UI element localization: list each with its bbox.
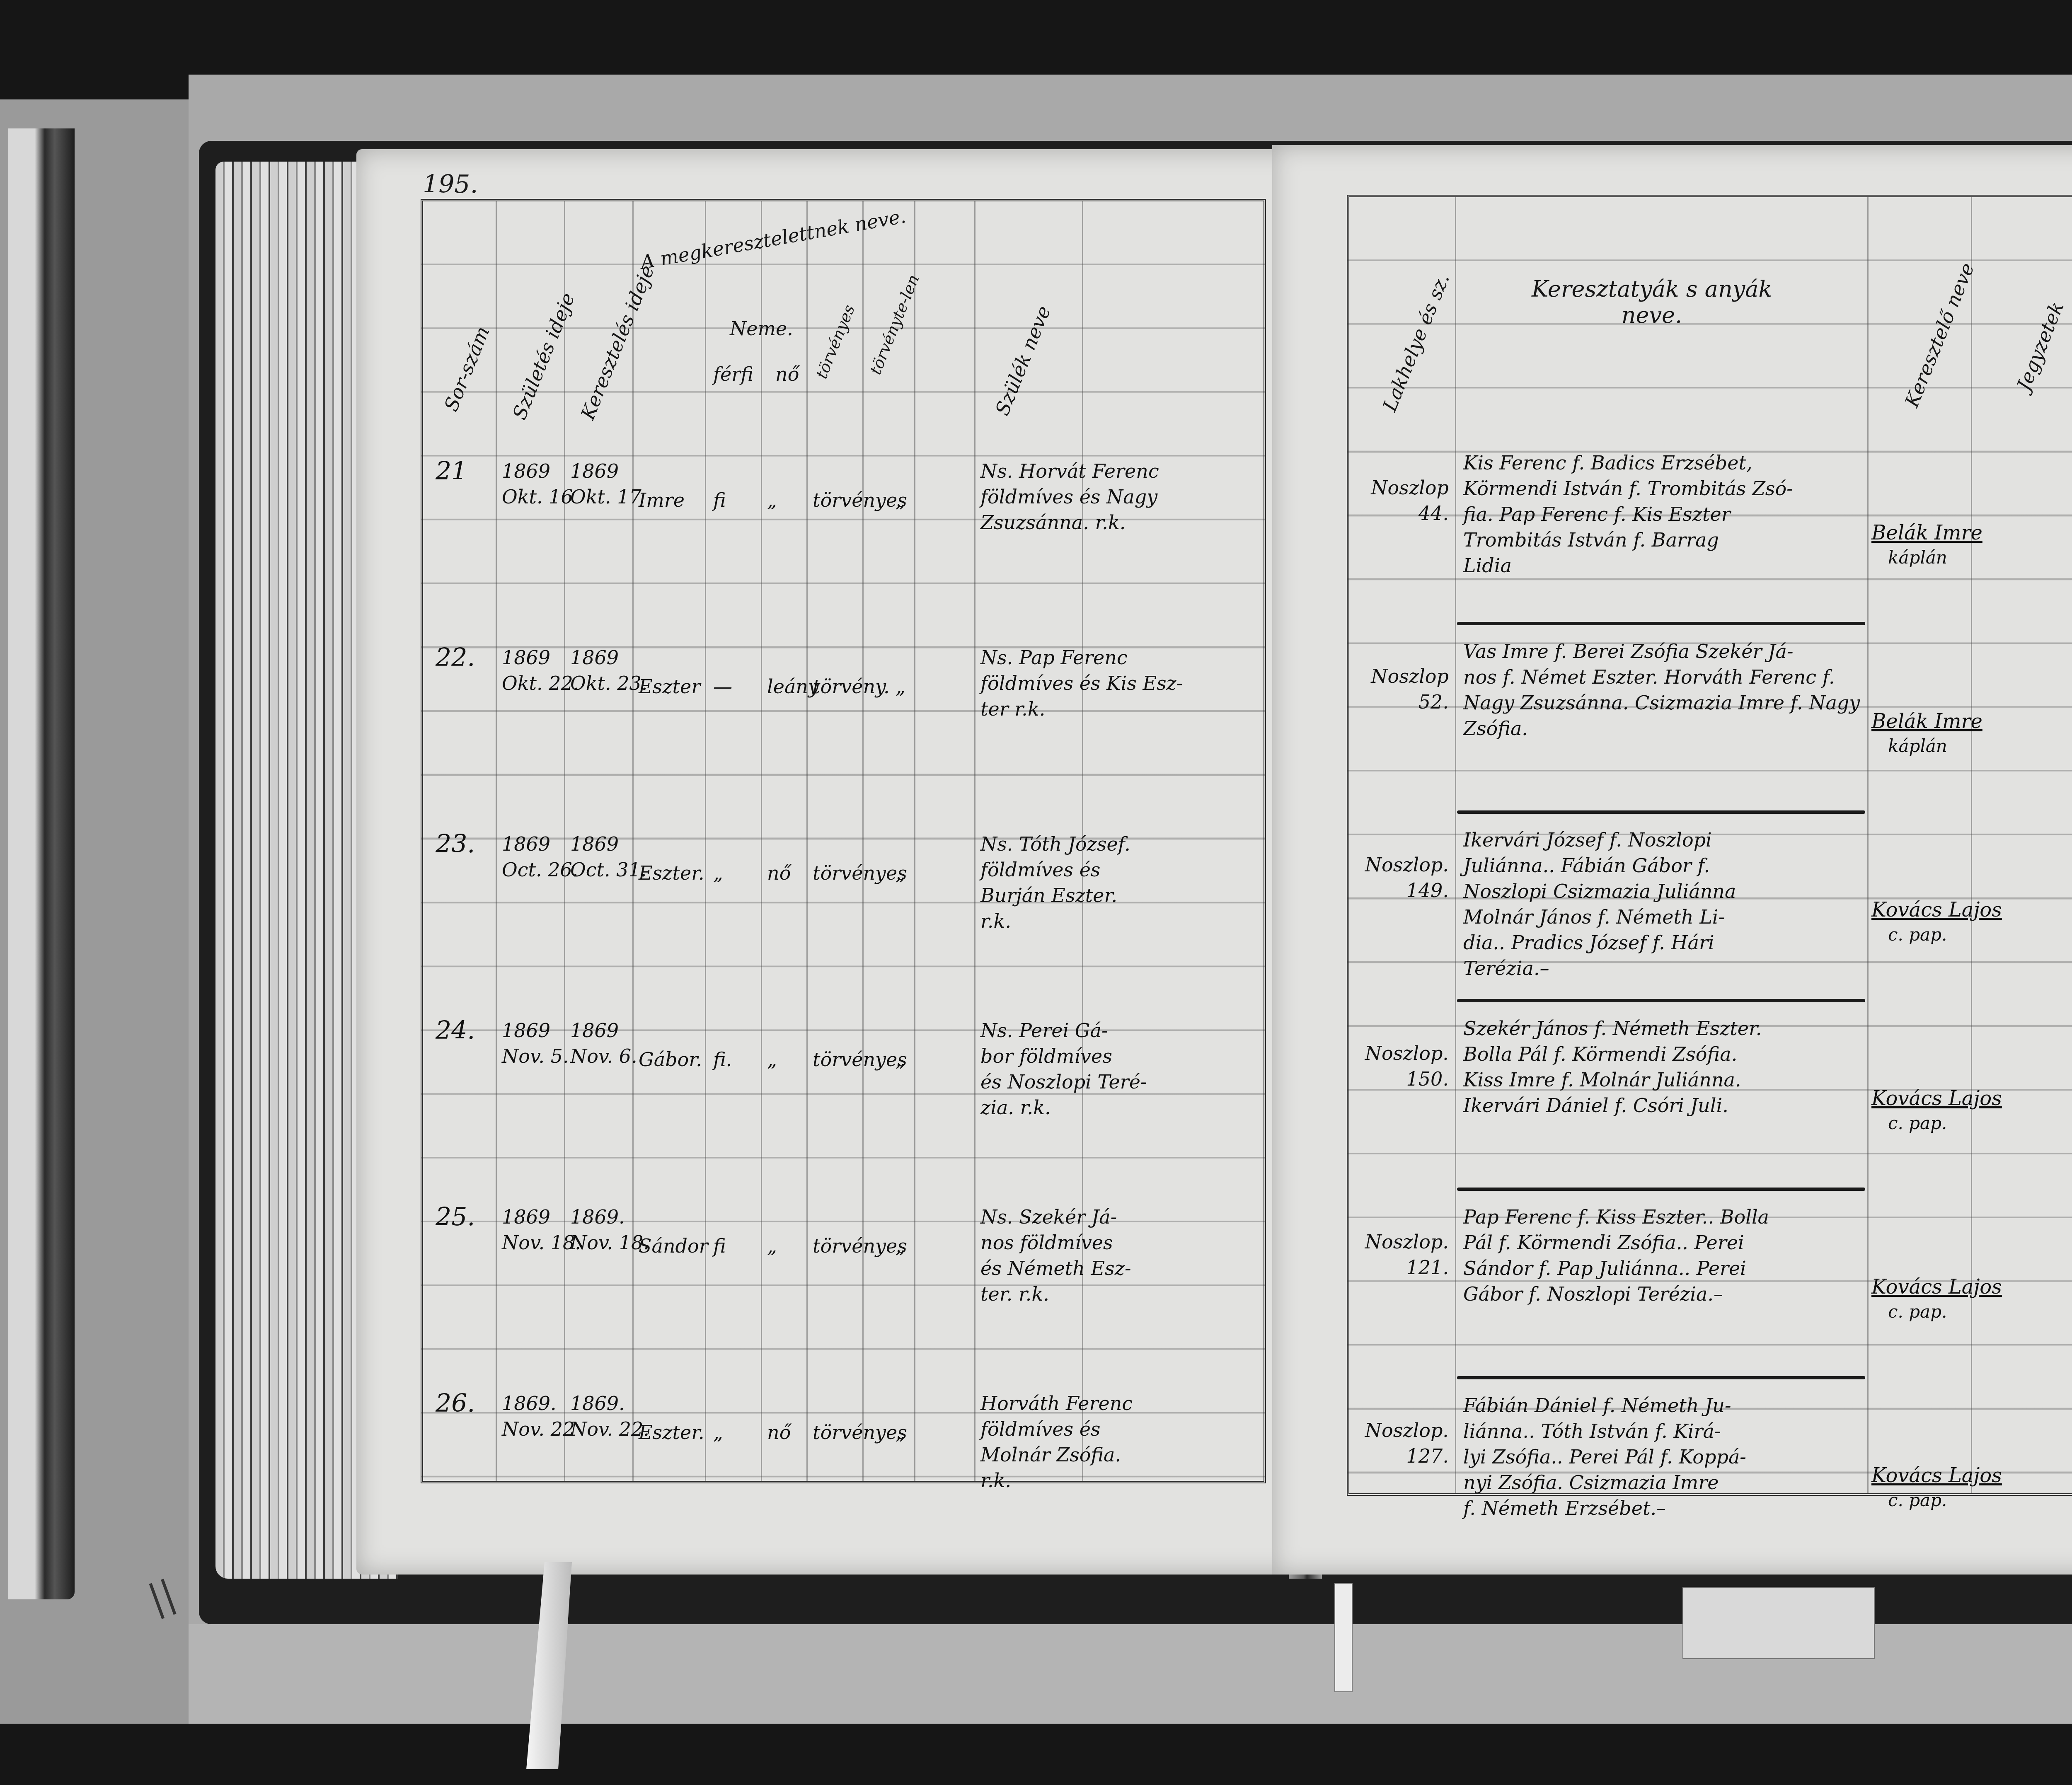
entry-number: 22. — [436, 645, 475, 670]
godparents-names: Szekér János f. Németh Eszter. Bolla Pál… — [1463, 1016, 1762, 1118]
parents-names: Ns. Pap Ferenc földmíves és Kis Esz- ter… — [980, 645, 1183, 722]
officiant-title: c. pap. — [1871, 1299, 2002, 1324]
sex-female: „ — [767, 1047, 777, 1072]
parents-names: Ns. Horvát Ferenc földmíves és Nagy Zsuz… — [980, 458, 1159, 535]
legitimate: törvényes — [813, 1233, 907, 1259]
illegitimate: „ — [896, 860, 905, 886]
adjacent-frame-left — [0, 99, 189, 1724]
header-legitimate: törvényes — [812, 302, 858, 381]
sex-female: nő — [767, 860, 791, 886]
sex-female: „ — [767, 1233, 777, 1259]
paper-slip — [1334, 1583, 1353, 1692]
officiant-name: Kovács Lajos — [1871, 1463, 2002, 1488]
officiant-signature: Kovács Lajosc. pap. — [1871, 1463, 2002, 1513]
entry-number: 24. — [436, 1018, 475, 1043]
entry-number: 21 — [436, 458, 467, 484]
child-name: Sándor — [639, 1233, 708, 1259]
illegitimate: „ — [896, 1233, 905, 1259]
header-parents: Szülék neve — [991, 302, 1055, 418]
officiant-name: Kovács Lajos — [1871, 897, 2002, 922]
sex-male: „ — [713, 1420, 723, 1445]
godparents-names: Ikervári József f. Noszlopi Juliánna.. F… — [1463, 827, 1736, 981]
residence: Noszlop. 127. — [1358, 1417, 1449, 1469]
header-birth-date: Születés ideje — [508, 290, 579, 423]
page-number-left: 195. — [423, 170, 478, 199]
entry-number: 26. — [436, 1391, 475, 1416]
baptism-date: 1869 Okt. 17 — [570, 458, 641, 510]
child-name: Eszter. — [639, 860, 704, 886]
sex-male: „ — [713, 860, 723, 886]
sex-female: „ — [767, 487, 777, 513]
legitimate: törvényes — [813, 1420, 907, 1445]
illegitimate: „ — [896, 1047, 905, 1072]
legitimate: törvényes — [813, 860, 907, 886]
godparents-names: Vas Imre f. Berei Zsófia Szekér Já- nos … — [1463, 639, 1860, 741]
baptism-date: 1869. Nov. 18. — [570, 1204, 649, 1255]
legitimate: törvényes — [813, 1047, 907, 1072]
residence: Noszlop 44. — [1358, 475, 1449, 526]
illegitimate: „ — [896, 674, 905, 699]
legitimate: törvény. — [813, 674, 890, 699]
legitimate: törvényes — [813, 487, 907, 513]
register-table-right: Lakhelye és sz. Keresztatyák s anyák nev… — [1347, 195, 2072, 1496]
header-remarks: Jegyzetek — [2012, 298, 2068, 394]
header-male: férfi — [713, 363, 753, 385]
sex-male: — — [713, 674, 732, 699]
baptism-date: 1869. Nov. 22. — [570, 1391, 649, 1442]
entry-separator — [1457, 999, 1865, 1002]
header-baptism-date: Keresztelés ideje — [576, 262, 658, 423]
child-name: Gábor. — [639, 1047, 702, 1072]
godparents-names: Fábián Dániel f. Németh Ju- liánna.. Tót… — [1463, 1393, 1746, 1521]
register-table-left: Sor-szám Születés ideje Keresztelés idej… — [421, 199, 1266, 1483]
header-sex: Neme. — [730, 317, 793, 340]
header-serial: Sor-szám — [440, 323, 494, 414]
officiant-title: c. pap. — [1871, 922, 2002, 947]
birth-date: 1869 Nov. 18. — [502, 1204, 581, 1255]
godparents-names: Pap Ferenc f. Kiss Eszter.. Bolla Pál f.… — [1463, 1204, 1769, 1307]
entry-separator — [1457, 810, 1865, 814]
entry-number: 25. — [436, 1204, 475, 1230]
officiant-title: káplán — [1871, 545, 1982, 570]
entry-number: 23. — [436, 831, 475, 857]
officiant-title: c. pap. — [1871, 1488, 2002, 1513]
child-name: Imre — [639, 487, 685, 513]
child-name: Eszter. — [639, 1420, 704, 1445]
header-residence: Lakhelye és sz. — [1378, 270, 1454, 414]
left-page: 195. Sor-szám Születés ideje Keresztelés… — [356, 149, 1310, 1575]
officiant-signature: Kovács Lajosc. pap. — [1871, 1086, 2002, 1136]
officiant-name: Kovács Lajos — [1871, 1275, 2002, 1299]
sex-male: fi — [713, 487, 726, 513]
officiant-name: Kovács Lajos — [1871, 1086, 2002, 1111]
illegitimate: „ — [896, 1420, 905, 1445]
officiant-name: Belák Imre — [1871, 709, 1982, 734]
birth-date: 1869. Nov. 22 — [502, 1391, 575, 1442]
child-name: Eszter — [639, 674, 700, 699]
parents-names: Horváth Ferenc földmíves és Molnár Zsófi… — [980, 1391, 1133, 1493]
birth-date: 1869 Okt. 22. — [502, 645, 579, 696]
entry-separator — [1457, 1376, 1865, 1379]
residence: Noszlop 52. — [1358, 663, 1449, 715]
entry-separator — [1457, 622, 1865, 625]
header-child-name: A megkeresztelettnek neve. — [639, 205, 908, 273]
officiant-title: c. pap. — [1871, 1111, 2002, 1136]
header-female: nő — [775, 363, 799, 385]
sex-male: fi — [713, 1233, 726, 1259]
paper-slip — [1682, 1587, 1875, 1659]
officiant-name: Belák Imre — [1871, 520, 1982, 545]
godparents-names: Kis Ferenc f. Badics Erzsébet, Körmendi … — [1463, 450, 1793, 578]
parents-names: Ns. Perei Gá- bor földmíves és Noszlopi … — [980, 1018, 1147, 1120]
officiant-title: káplán — [1871, 734, 1982, 759]
parents-names: Ns. Tóth József. földmíves és Burján Esz… — [980, 831, 1130, 934]
sex-male: fi. — [713, 1047, 732, 1072]
officiant-signature: Belák Imrekáplán — [1871, 709, 1982, 759]
residence: Noszlop. 121. — [1358, 1229, 1449, 1280]
header-officiant: Keresztelő neve — [1900, 260, 1979, 410]
right-page: 196. Lakhelye és sz. Keresztatyák s anyá… — [1272, 145, 2072, 1575]
baptism-date: 1869 Oct. 31. — [570, 831, 646, 883]
officiant-signature: Kovács Lajosc. pap. — [1871, 897, 2002, 947]
birth-date: 1869 Okt. 16 — [502, 458, 573, 510]
adjacent-book-edge — [8, 128, 75, 1599]
officiant-signature: Kovács Lajosc. pap. — [1871, 1275, 2002, 1324]
baptism-date: 1869 Nov. 6. — [570, 1018, 637, 1069]
officiant-signature: Belák Imrekáplán — [1871, 520, 1982, 570]
illegitimate: „ — [896, 487, 905, 513]
birth-date: 1869 Oct. 26. — [502, 831, 578, 883]
residence: Noszlop. 150. — [1358, 1040, 1449, 1092]
sex-female: nő — [767, 1420, 791, 1445]
birth-date: 1869 Nov. 5. — [502, 1018, 569, 1069]
header-godparents: Keresztatyák s anyák neve. — [1515, 276, 1789, 328]
baptism-date: 1869 Okt. 23. — [570, 645, 647, 696]
parents-names: Ns. Szekér Já- nos földmíves és Németh E… — [980, 1204, 1131, 1307]
sex-female: leány — [767, 674, 819, 699]
residence: Noszlop. 149. — [1358, 852, 1449, 903]
entry-separator — [1457, 1188, 1865, 1191]
